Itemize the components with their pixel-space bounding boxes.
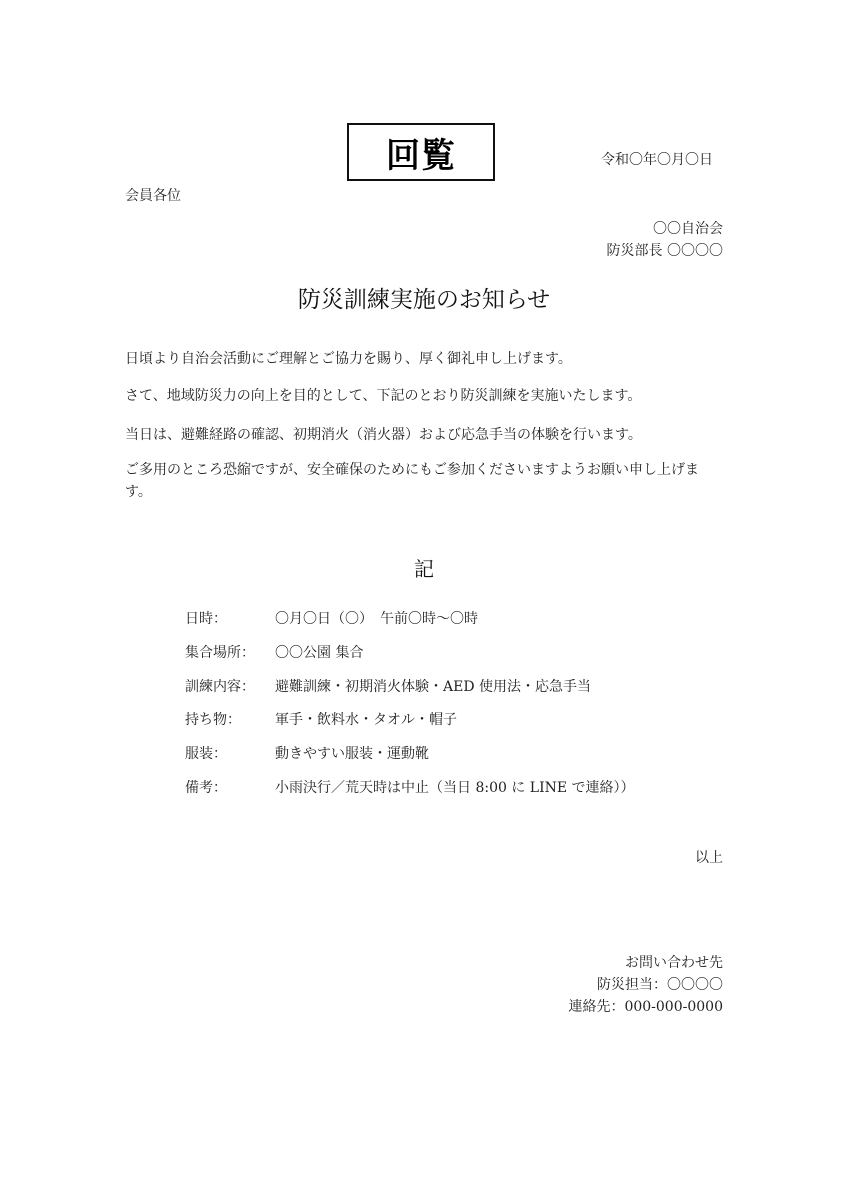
- document-title: 防災訓練実施のお知らせ: [0, 281, 848, 314]
- contact-heading: お問い合わせ先: [625, 953, 723, 973]
- detail-value-notes: 小雨決行／荒天時は中止（当日 8:00 に LINE で連絡））: [275, 778, 635, 798]
- detail-value-belongings: 軍手・飲料水・タオル・帽子: [275, 710, 457, 730]
- closing-mark: 以上: [695, 848, 723, 868]
- contact-person: 防災担当：〇〇〇〇: [597, 975, 723, 995]
- detail-label-datetime: 日時：: [185, 609, 227, 629]
- sender-person: 防災部長 〇〇〇〇: [607, 241, 723, 261]
- sender-organization: 〇〇自治会: [653, 219, 723, 239]
- body-paragraph-3: 当日は、避難経路の確認、初期消火（消火器）および応急手当の体験を行います。: [125, 424, 725, 446]
- details-heading: 記: [0, 553, 848, 582]
- circulation-label: 回覧: [386, 128, 456, 177]
- detail-value-training-content: 避難訓練・初期消火体験・AED 使用法・応急手当: [275, 677, 591, 697]
- body-paragraph-4: ご多用のところ恐縮ですが、安全確保のためにもご参加くださいますようお願い申し上げ…: [125, 459, 725, 503]
- body-paragraph-2: さて、地域防災力の向上を目的として、下記のとおり防災訓練を実施いたします。: [125, 385, 725, 407]
- detail-label-belongings: 持ち物：: [185, 710, 241, 730]
- contact-phone: 連絡先：000-000-0000: [568, 997, 723, 1017]
- document-date: 令和〇年〇月〇日: [601, 150, 713, 170]
- detail-value-clothing: 動きやすい服装・運動靴: [275, 744, 429, 764]
- detail-value-datetime: 〇月〇日（〇） 午前〇時～〇時: [275, 609, 478, 629]
- detail-label-clothing: 服装：: [185, 744, 227, 764]
- detail-value-meeting-place: 〇〇公園 集合: [275, 643, 363, 663]
- body-paragraph-1: 日頃より自治会活動にご理解とご協力を賜り、厚く御礼申し上げます。: [125, 348, 725, 370]
- addressee: 会員各位: [125, 186, 181, 206]
- detail-label-notes: 備考：: [185, 778, 227, 798]
- circulation-stamp-box: 回覧: [347, 123, 495, 181]
- detail-label-meeting-place: 集合場所：: [185, 643, 255, 663]
- detail-label-training-content: 訓練内容：: [185, 677, 255, 697]
